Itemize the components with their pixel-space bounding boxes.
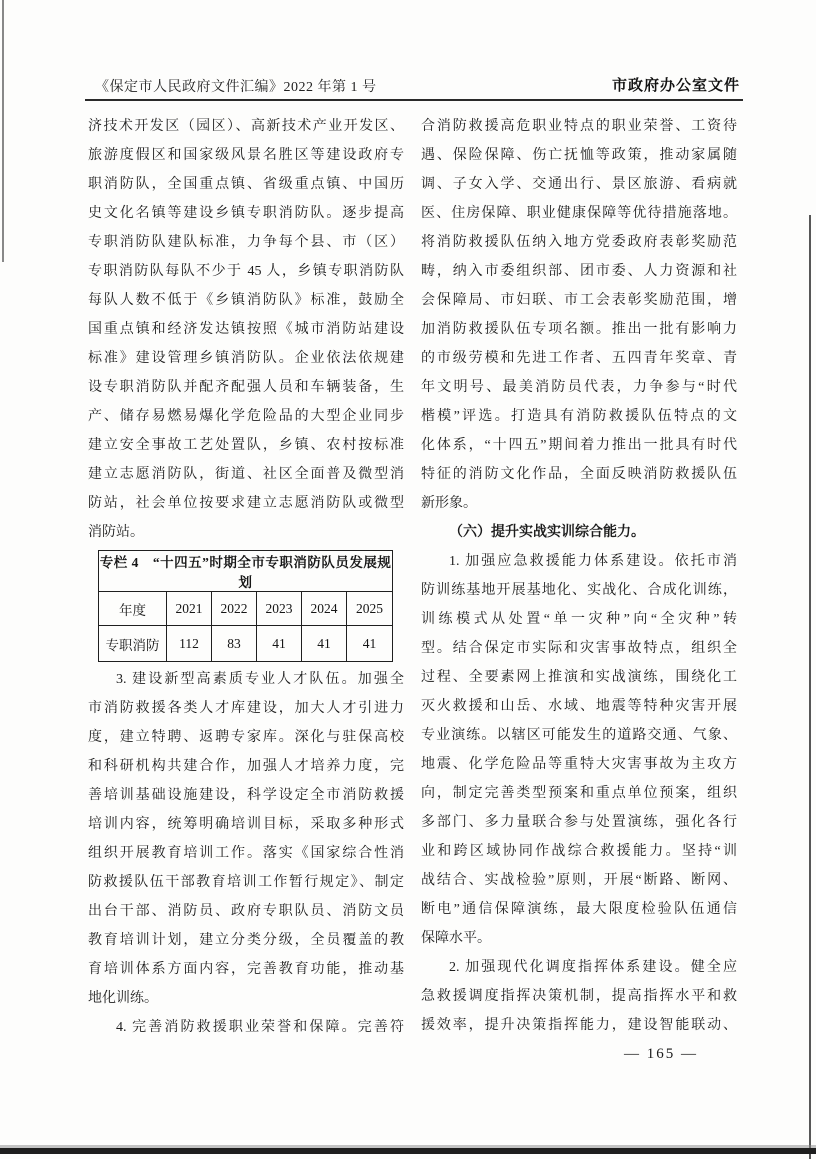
text-line: 2. 加强现代化调度指挥体系建设。健全应 — [421, 953, 737, 982]
text-line: 的市级劳模和先进工作者、五四青年奖章、青 — [421, 344, 737, 373]
text-line: 医、住房保障、职业健康保障等优待措施落地。 — [421, 199, 737, 228]
text-line: （六）提升实战实训综合能力。 — [421, 518, 737, 547]
text-line: 保障水平。 — [421, 924, 737, 953]
left-text-column: 济技术开发区（园区）、高新技术产业开发区、旅游度假区和国家级风景名胜区等建设政府… — [88, 112, 404, 1042]
text-line: 善培训基础设施建设，科学设定全市消防救援 — [88, 781, 404, 810]
text-line: 培训内容，统筹明确培训目标，采取多种形式 — [88, 810, 404, 839]
text-line: 建立志愿消防队，街道、社区全面普及微型消 — [88, 460, 404, 489]
text-line: 教育培训计划，建立分类分级，全员覆盖的教 — [88, 926, 404, 955]
text-line: 地震、化学危险品等重特大灾害事故为主攻方 — [421, 750, 737, 779]
text-line: 加消防救援队伍专项名额。推出一批有影响力 — [421, 315, 737, 344]
right-paragraphs: 合消防救援高危职业特点的职业荣誉、工资待遇、保险保障、伤亡抚恤等政策，推动家属随… — [421, 112, 737, 1040]
text-line: 专业演练。以辖区可能发生的道路交通、气象、 — [421, 721, 737, 750]
table-header-cell: 2024 — [302, 592, 347, 626]
text-line: 化体系，“十四五”期间着力推出一批具有时代 — [421, 431, 737, 460]
text-line: 市消防救援各类人才库建设，加大人才引进力 — [88, 694, 404, 723]
text-line: 专职消防队建队标准，力争每个县、市（区） — [88, 228, 404, 257]
table-cell: 83 — [212, 626, 257, 662]
text-line: 职消防队，全国重点镇、省级重点镇、中国历 — [88, 170, 404, 199]
text-line: 度，建立特聘、返聘专家库。深化与驻保高校 — [88, 723, 404, 752]
left-paragraphs-before-table: 济技术开发区（园区）、高新技术产业开发区、旅游度假区和国家级风景名胜区等建设政府… — [88, 112, 404, 547]
text-line: 训练模式从处置“单一灾种”向“全灾种”转 — [421, 605, 737, 634]
scan-edge-left — [2, 0, 4, 262]
text-line: 产、储存易燃易爆化学危险品的大型企业同步 — [88, 402, 404, 431]
text-line: 1. 加强应急救援能力体系建设。依托市消 — [421, 547, 737, 576]
table-cell: 专职消防 — [99, 626, 167, 662]
text-line: 4. 完善消防救援职业荣誉和保障。完善符 — [88, 1013, 404, 1042]
text-line: 防训练基地开展基地化、实战化、合成化训练， — [421, 576, 737, 605]
text-line: 业和跨区域协同作战综合救援能力。坚持“训 — [421, 837, 737, 866]
text-line: 设专职消防队并配齐配强人员和车辆装备，生 — [88, 373, 404, 402]
table-header-cell: 2025 — [347, 592, 393, 626]
text-line: 济技术开发区（园区）、高新技术产业开发区、 — [88, 112, 404, 141]
text-line: 专职消防队每队不少于 45 人，乡镇专职消防队 — [88, 257, 404, 286]
text-line: 遇、保险保障、伤亡抚恤等政策，推动家属随 — [421, 141, 737, 170]
table-cell: 41 — [347, 626, 393, 662]
text-line: 旅游度假区和国家级风景名胜区等建设政府专 — [88, 141, 404, 170]
text-line: 组织开展教育培训工作。落实《国家综合性消 — [88, 839, 404, 868]
text-line: 标准》建设管理乡镇消防队。企业依法依规建 — [88, 344, 404, 373]
text-line: 援效率，提升决策指挥能力，建设智能联动、 — [421, 1011, 737, 1040]
text-line: 急救援调度指挥决策机制，提高指挥水平和救 — [421, 982, 737, 1011]
text-line: 史文化名镇等建设乡镇专职消防队。逐步提高 — [88, 199, 404, 228]
scanned-document-page: 《保定市人民政府文件汇编》2022 年第 1 号 市政府办公室文件 济技术开发区… — [0, 0, 816, 1159]
header-office-label: 市政府办公室文件 — [612, 74, 740, 95]
text-line: 断电”通信保障演练，最大限度检验队伍通信 — [421, 895, 737, 924]
right-text-column: 合消防救援高危职业特点的职业荣誉、工资待遇、保险保障、伤亡抚恤等政策，推动家属随… — [421, 112, 737, 1040]
text-line: 新形象。 — [421, 489, 737, 518]
text-line: 型。结合保定市实际和灾害事故特点，组织全 — [421, 634, 737, 663]
table-header-cell: 年度 — [99, 592, 167, 626]
text-line: 防救援队伍干部教育培训工作暂行规定》、制定 — [88, 868, 404, 897]
text-line: 调、子女入学、交通出行、景区旅游、看病就 — [421, 170, 737, 199]
table-cell: 112 — [167, 626, 212, 662]
left-paragraphs-after-table: 3. 建设新型高素质专业人才队伍。加强全市消防救援各类人才库建设，加大人才引进力… — [88, 665, 404, 1042]
table-header-cell: 2022 — [212, 592, 257, 626]
text-line: 多部门、多力量联合参与处置演练，强化各行 — [421, 808, 737, 837]
text-line: 畴，纳入市委组织部、团市委、人力资源和社 — [421, 257, 737, 286]
text-line: 出台干部、消防员、政府专职队员、消防文员 — [88, 897, 404, 926]
page-number: — 165 — — [596, 1046, 726, 1066]
table-header-cell: 2023 — [257, 592, 302, 626]
text-line: 3. 建设新型高素质专业人才队伍。加强全 — [88, 665, 404, 694]
text-line: 过程、全要素网上推演和实战演练，围绕化工 — [421, 663, 737, 692]
text-line: 楷模”评选。打造具有消防救援队伍特点的文 — [421, 402, 737, 431]
text-line: 建立安全事故工艺处置队，乡镇、农村按标准 — [88, 431, 404, 460]
table-cell: 41 — [257, 626, 302, 662]
header-rule — [85, 99, 743, 101]
header-compilation-title: 《保定市人民政府文件汇编》2022 年第 1 号 — [95, 76, 377, 96]
scan-edge-right — [809, 215, 811, 1159]
text-line: 合消防救援高危职业特点的职业荣誉、工资待 — [421, 112, 737, 141]
table-cell: 41 — [302, 626, 347, 662]
table-row: 专职消防11283414141 — [99, 626, 393, 662]
text-line: 战结合、实战检验”原则，开展“断路、断网、 — [421, 866, 737, 895]
scan-edge-bottom — [0, 1148, 816, 1154]
text-line: 将消防救援队伍纳入地方党委政府表彰奖励范 — [421, 228, 737, 257]
text-line: 向，制定完善类型预案和重点单位预案，组织 — [421, 779, 737, 808]
text-line: 地化训练。 — [88, 984, 404, 1013]
text-line: 会保障局、市妇联、市工会表彰奖励范围，增 — [421, 286, 737, 315]
text-line: 每队人数不低于《乡镇消防队》标准，鼓励全 — [88, 286, 404, 315]
table-title: 专栏 4 “十四五”时期全市专职消防队员发展规划 — [99, 551, 393, 592]
text-line: 年文明号、最美消防员代表，力争参与“时代 — [421, 373, 737, 402]
text-line: 防站，社会单位按要求建立志愿消防队或微型 — [88, 489, 404, 518]
text-line: 特征的消防文化作品，全面反映消防救援队伍 — [421, 460, 737, 489]
table-header-cell: 2021 — [167, 592, 212, 626]
text-line: 育培训体系方面内容，完善教育功能，推动基 — [88, 955, 404, 984]
text-line: 国重点镇和经济发达镇按照《城市消防站建设 — [88, 315, 404, 344]
text-line: 灭火救援和山岳、水域、地震等特种灾害开展 — [421, 692, 737, 721]
panel-4-table: 专栏 4 “十四五”时期全市专职消防队员发展规划年度20212022202320… — [98, 550, 393, 662]
text-line: 和科研机构共建合作，加强人才培养力度，完 — [88, 752, 404, 781]
text-line: 消防站。 — [88, 518, 404, 547]
